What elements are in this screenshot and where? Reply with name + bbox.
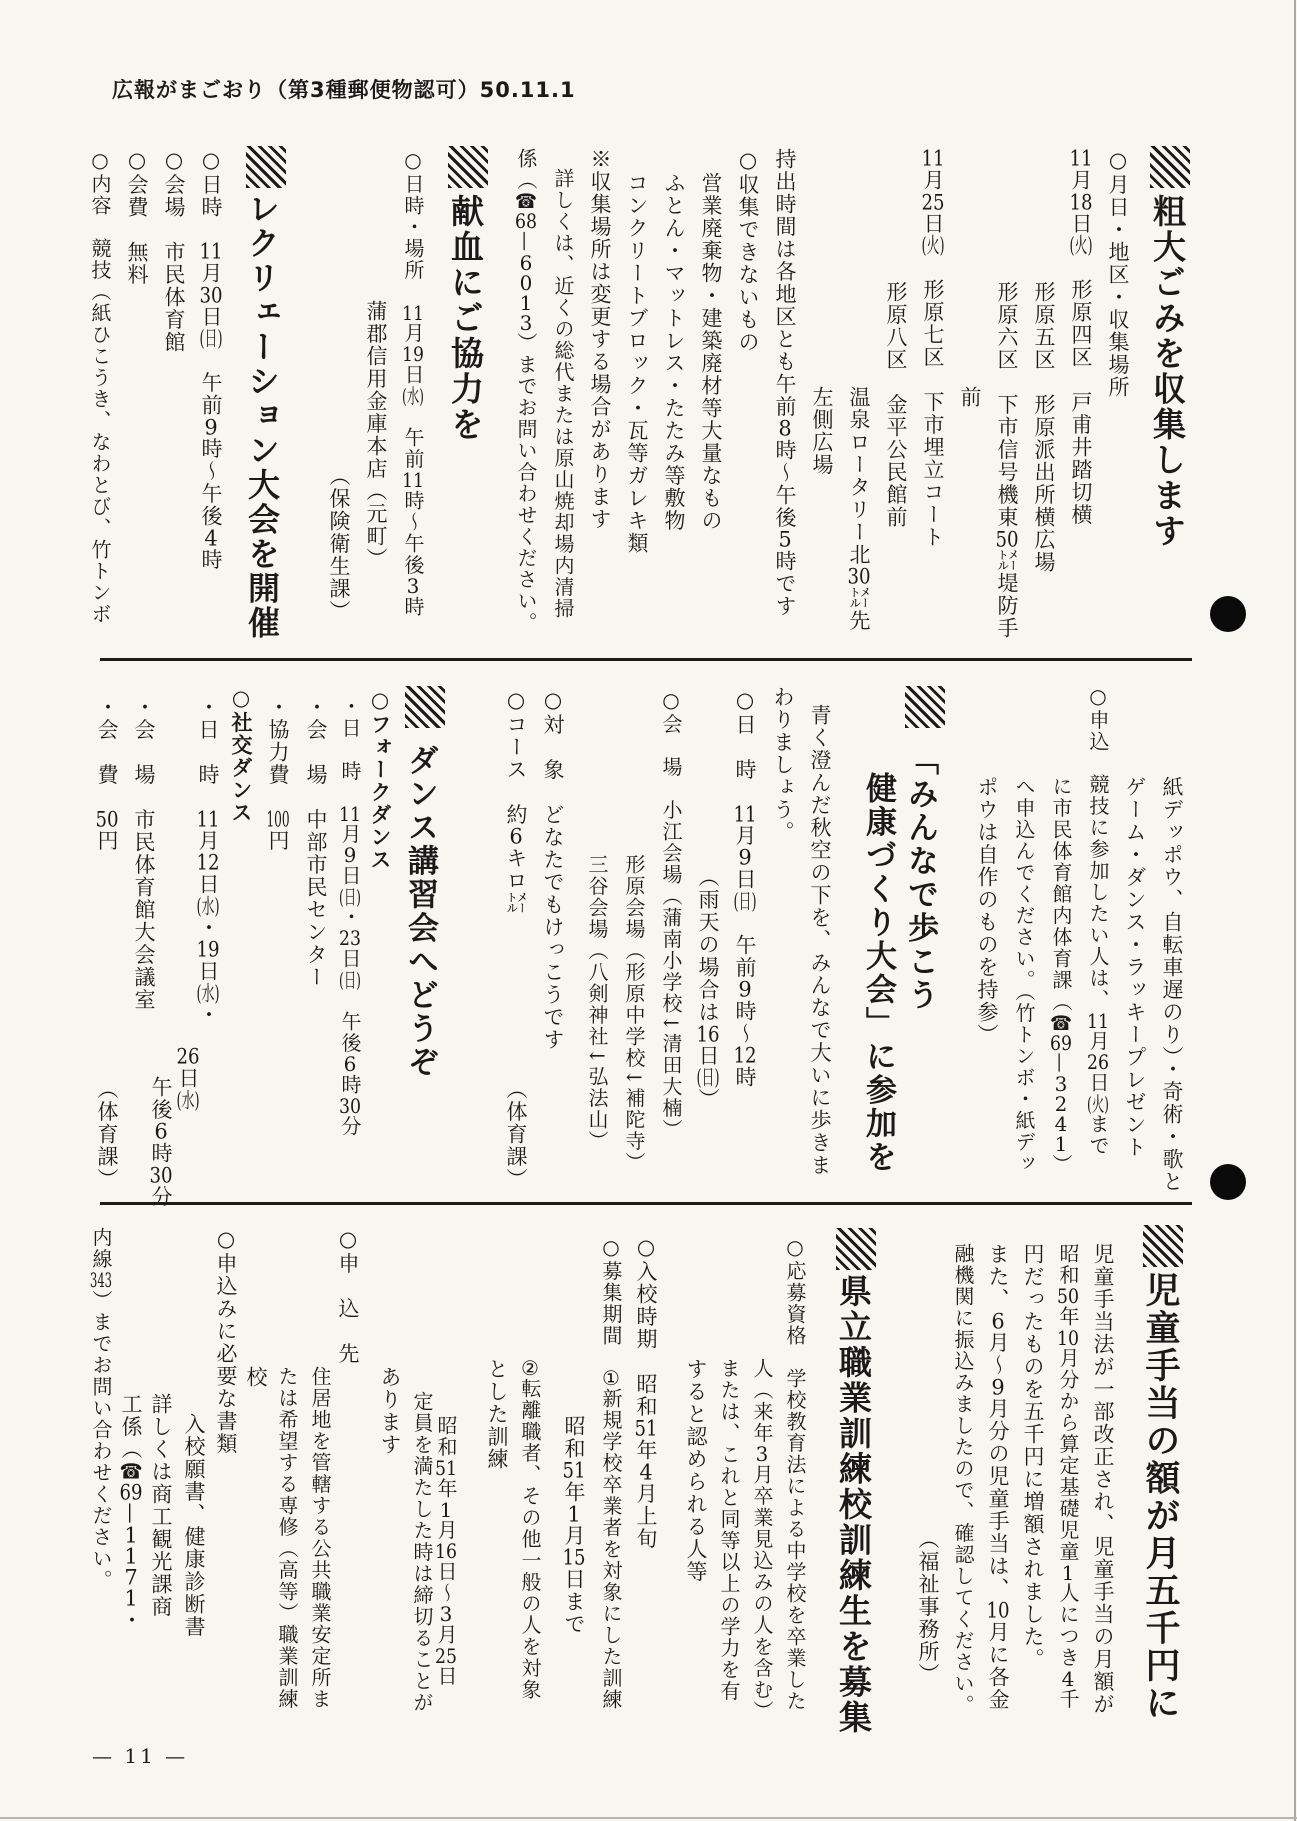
recreation-contents-cont-1: 紙デッポウ、自転車遅のり）・奇術・歌と — [1154, 776, 1190, 1193]
walk-rally-venue-oe: ○会 場 小江会場（蒲南小学校↓清田大楠） — [653, 688, 689, 1140]
health-section-credit: （保険衛生課） — [321, 465, 357, 623]
folk-dance-fee: ・協力費 100円 — [260, 696, 296, 852]
not-collectable-concrete: コンクリートブロック・瓦等ガレキ類 — [619, 172, 655, 555]
child-allowance-heading: 児童手当の額が月五千円に — [1136, 1272, 1184, 1722]
training-school-hatch-icon — [836, 1228, 876, 1270]
schedule-katahara6: 形原六区 下市信号機東50㍍堤防手 — [989, 281, 1025, 640]
section-divider-2 — [100, 1202, 1192, 1205]
dance-class-hatch-icon — [405, 686, 445, 728]
training-eligibility-cont-1: 人（来年3月卒業見込みの人を含む） — [744, 1358, 780, 1722]
walk-rally-eligibility: ○対 象 どなたでもけっこうです — [535, 688, 571, 1051]
training-capacity-note: 定員を満たした時は締切ることが — [404, 1391, 440, 1714]
collection-schedule-label: ○月日・地区・収集場所 — [1100, 148, 1136, 399]
social-dance-venue: ・会 場 市民体育館大会議室 — [126, 696, 162, 1011]
not-collectable-label: ○収集できないもの — [730, 148, 766, 354]
training-recruit-period-1-date: 昭和51年1月15日まで — [556, 1415, 592, 1636]
recreation-apply-cont-1: に市民体育館内体育課（☎69—3241） — [1043, 776, 1079, 1176]
recreation-fee: ○会費 無料 — [119, 148, 155, 286]
training-apply-to-label: ○申 込 先 — [330, 1227, 366, 1365]
bulky-waste-heading: 粗大ごみを収集します — [1144, 194, 1190, 549]
newsletter-page: 広報がまごおり（第3種郵便物認可）50.11.1 粗大ごみを収集します○月日・地… — [0, 0, 1297, 1821]
walk-rally-lead-1: 青く澄んだ秋空の下を、みんなで大いに歩きま — [802, 704, 838, 1177]
scan-edge-right — [1294, 0, 1296, 1821]
schedule-katahara6-wrap: 前 — [952, 386, 988, 409]
section-divider-1 — [100, 658, 1192, 661]
training-recruit-period-2-cont: とした訓練 — [479, 1358, 515, 1471]
child-allowance-p2: 昭和50年10月分から算定基礎児童1人につき4千 — [1050, 1243, 1086, 1710]
training-apply-to-1: 住居地を管轄する公共職業安定所ま — [302, 1366, 338, 1710]
child-allowance-p4: また、6月～9月分の児童手当は、10月に各金 — [980, 1243, 1016, 1711]
training-capacity-note-cont: あります — [372, 1366, 408, 1456]
page-number: — 11 — — [92, 1744, 188, 1768]
training-eligibility-cont-2: または、これと同等以上の学力を有 — [711, 1358, 747, 1702]
child-allowance-p5: 融機関に振込みましたので、確認してください。 — [945, 1243, 981, 1716]
walk-rally-hatch-icon — [905, 686, 945, 728]
recreation-contents-cont-2: ゲーム・ダンス・ラッキープレゼント — [1117, 776, 1153, 1159]
training-documents-label: ○申込みに必要な書類 — [208, 1227, 244, 1455]
pickup-hours-note: 持出時間は各地区とも午前8時～午後5時です — [767, 148, 803, 618]
training-apply-to-2: たは希望する専修（高等）職業訓練 — [269, 1366, 305, 1710]
child-allowance-p1: 児童手当法が一部改正され、児童手当の月額が — [1085, 1243, 1121, 1716]
punch-hole-mark-1 — [1210, 596, 1246, 632]
social-dance-date: ・日 時 11月12日(水)・19日(水)・ — [190, 696, 226, 1026]
social-dance-label: ○社交ダンス — [223, 686, 259, 824]
training-recruit-period-1: ○募集期間 ①新規学校卒業者を対象にした訓練 — [593, 1235, 629, 1711]
inquiry-note: 詳しくは、近くの総代または原山焼却場内清掃 — [545, 168, 581, 620]
training-entry-time: ○入校時期 昭和51年4月上旬 — [628, 1235, 664, 1550]
training-documents: 入校願書、健康診断書 — [176, 1413, 212, 1638]
walk-rally-venue-katahara: 形原会場（形原中学校↓補陀寺） — [616, 854, 652, 1173]
not-collectable-futon: ふとん・マットレス・たたみ等敷物 — [656, 172, 692, 532]
recreation-apply-cont-2: へ申込んでください。（竹トンボ・紙デッ — [1006, 776, 1042, 1175]
social-dance-time-cont: 午後6時30分 — [143, 1076, 179, 1208]
punch-hole-mark-2 — [1210, 1164, 1246, 1200]
blood-donation-hatch-icon — [448, 146, 488, 188]
schedule-katahara8: 形原八区 金平公民館前 — [878, 281, 914, 529]
recreation-date: ○日時 11月30日(日) 午前9時～午後4時 — [193, 148, 229, 571]
walk-rally-date: ○日 時 11月9日(日) 午前9時～12時 — [727, 688, 763, 1089]
recreation-apply-cont-3: ポウは自作のものを持参） — [969, 776, 1005, 1046]
inquiry-phone: 係（☎68—6013）までお問い合わせください。 — [508, 148, 544, 634]
recreation-venue: ○会場 市民体育館 — [156, 148, 192, 354]
schedule-nov18-katahara4: 11月18日(火) 形原四区 戸甫井踏切横 — [1063, 148, 1099, 526]
walk-rally-course: ○コース 約6キロ㍍ — [498, 688, 534, 915]
page-header: 広報がまごおり（第3種郵便物認可）50.11.1 — [112, 74, 576, 104]
dance-class-heading: ダンス講習会へどうぞ — [399, 744, 441, 1079]
walk-rally-heading-line2: 健康づくり大会」に参加を — [857, 772, 899, 1174]
sports-section-credit-1: （体育課） — [498, 1078, 534, 1191]
child-allowance-hatch-icon — [1143, 1225, 1183, 1267]
sports-section-credit-2: （体育課） — [89, 1078, 125, 1191]
blood-donation-date-place: ○日時・場所 11月19日(水) 午前11時～午後3時 — [395, 148, 431, 618]
schedule-katahara5: 形原五区 形原派出所横広場 — [1026, 281, 1062, 574]
recreation-heading: レクリェーション大会を開催 — [240, 192, 284, 641]
walk-rally-rain-note: （雨天の場合は16日(日)） — [690, 866, 726, 1111]
bulky-waste-hatch-icon — [1150, 146, 1190, 188]
walk-rally-lead-2: わりましょう。 — [765, 686, 801, 844]
training-school-heading: 県立職業訓練校訓練生を募集 — [830, 1274, 876, 1736]
training-recruit-period-2: ②転離職者、その他一般の人を対象 — [512, 1358, 548, 1701]
training-inquiry-3: 内線343）までお問い合わせください。 — [83, 1227, 119, 1591]
recreation-apply: ○申込 競技に参加したい人は、11月26日(火)まで — [1080, 684, 1116, 1157]
blood-donation-heading: 献血にご協力を — [442, 194, 488, 443]
folk-dance-venue: ・会 場 中部市民センター — [298, 696, 334, 989]
walk-rally-heading-line1: 「みんなで歩こう — [899, 744, 941, 1012]
schedule-left-plaza: 左側広場 — [804, 386, 840, 476]
schedule-nov25-katahara7: 11月25日(火) 形原七区 下市埋立コート — [915, 148, 951, 549]
location-change-note: ※収集場所は変更する場合があります — [582, 148, 618, 531]
scan-edge-bottom — [0, 1817, 1297, 1819]
social-dance-fee: ・会 費 50円 — [89, 696, 125, 852]
folk-dance-date: ・日 時 11月9日(日)・23日(日) 午後6時30分 — [332, 696, 368, 1137]
training-eligibility-cont-3: すると認められる人等 — [678, 1358, 714, 1583]
recreation-contents: ○内容 競技（紙ひこうき、なわとび、竹トンボ — [82, 148, 118, 625]
not-collectable-business-waste: 営業廃棄物・建築廃材等大量なもの — [693, 172, 729, 532]
child-allowance-p3: 円だったものを五千円に増額されました。 — [1015, 1243, 1051, 1671]
recreation-hatch-icon — [246, 146, 286, 188]
schedule-onsen-rotary: 温泉ロータリー北30㍍先 — [841, 386, 877, 632]
training-eligibility: ○応募資格 学校教育法による中学校を卒業した — [777, 1235, 813, 1712]
blood-donation-venue: 蒲郡信用金庫本店（元町） — [358, 300, 394, 570]
walk-rally-venue-miya: 三谷会場（八剣神社↓弘法山） — [579, 854, 615, 1152]
welfare-office-credit: （福祉事務所） — [910, 1528, 946, 1686]
